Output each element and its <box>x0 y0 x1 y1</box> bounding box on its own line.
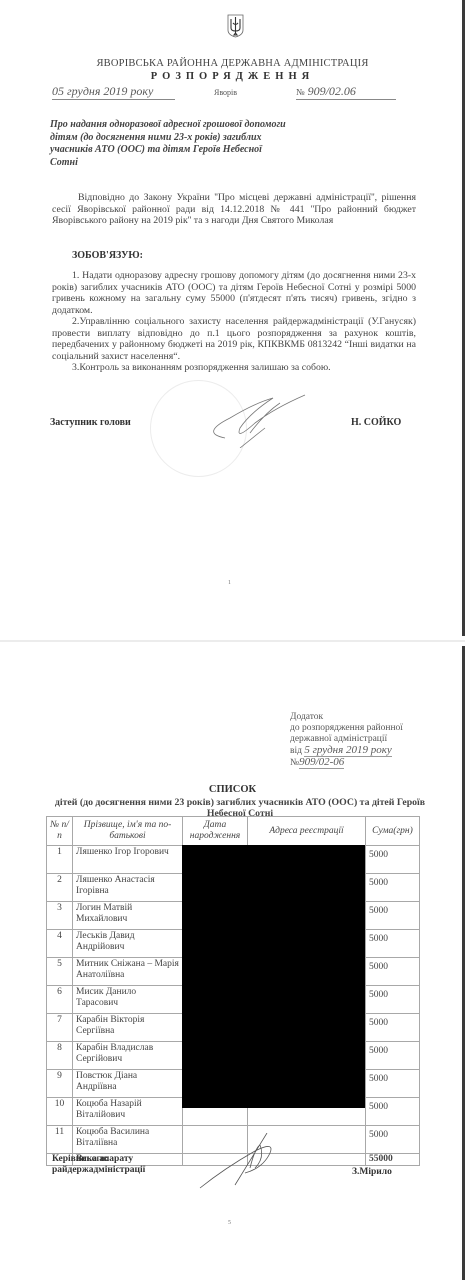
document-number: № 909/02.06 <box>296 84 396 100</box>
annex-line-1: Додаток <box>290 712 403 723</box>
total-sum: 55000 <box>366 1154 420 1166</box>
place: Яворів <box>214 88 237 97</box>
row-name: Коцюба Василина Віталіївна <box>73 1126 183 1154</box>
row-name: Леськів Давид Андрійович <box>73 930 183 958</box>
signer-role-2: Керівника апарату райдержадміністрації <box>52 1154 145 1176</box>
list-title: СПИСОК <box>0 784 465 795</box>
decree-item-2: 2.Управлінню соціального захисту населен… <box>52 316 416 362</box>
row-sum: 5000 <box>366 1014 420 1042</box>
row-sum: 5000 <box>366 958 420 986</box>
annex-handwritten-number: 909/02-06 <box>299 756 344 769</box>
row-sum: 5000 <box>366 874 420 902</box>
annex-number-prefix: № <box>290 758 299 768</box>
row-number: 3 <box>47 902 73 930</box>
decree-item-1: 1. Надати одноразову адресну грошову доп… <box>52 270 416 316</box>
row-sum: 5000 <box>366 986 420 1014</box>
row-number: 6 <box>47 986 73 1014</box>
row-name: Мисик Данило Тарасович <box>73 986 183 1014</box>
row-name: Ляшенко Ігор Ігорович <box>73 846 183 874</box>
signature-1 <box>195 393 315 448</box>
organization-name: ЯВОРІВСЬКА РАЙОННА ДЕРЖАВНА АДМІНІСТРАЦІ… <box>0 58 465 69</box>
row-number: 2 <box>47 874 73 902</box>
page-number-2: 5 <box>228 1220 231 1226</box>
header-number: № п/п <box>47 817 73 846</box>
row-name: Митник Сніжана – Марія Анатоліївна <box>73 958 183 986</box>
annex-line-2: до розпорядження районної <box>290 723 403 734</box>
signer-name: Н. СОЙКО <box>351 417 401 428</box>
header-sum: Сума(грн) <box>366 817 420 846</box>
document-subject: Про надання одноразової адресної грошово… <box>50 119 290 169</box>
annex-date-prefix: від <box>290 746 302 756</box>
row-number: 9 <box>47 1070 73 1098</box>
decree-item-3: 3.Контроль за виконанням розпорядження з… <box>52 362 416 374</box>
row-number: 8 <box>47 1042 73 1070</box>
header-name: Прізвище, ім'я та по-батькові <box>73 817 183 846</box>
header-address: Адреса реєстрації <box>248 817 366 846</box>
page-number: 1 <box>228 580 231 586</box>
row-sum: 5000 <box>366 846 420 874</box>
row-name: Карабін Вікторія Сергіївна <box>73 1014 183 1042</box>
decree-heading: ЗОБОВ'ЯЗУЮ: <box>72 250 143 261</box>
row-name: Коцюба Назарій Віталійович <box>73 1098 183 1126</box>
signer-name-2: З.Мірило <box>352 1167 392 1177</box>
annex-number: №909/02-06 <box>290 757 403 769</box>
signature-2 <box>195 1133 285 1193</box>
page-break <box>0 640 465 642</box>
legal-basis: Відповідно до Закону України ''Про місце… <box>52 192 416 227</box>
header-birthdate: Дата народження <box>183 817 248 846</box>
signer-role-line-1: Керівника апарату <box>52 1154 145 1165</box>
annex-block: Додаток до розпорядження районної держав… <box>290 712 403 769</box>
row-number: 1 <box>47 846 73 874</box>
row-number: 4 <box>47 930 73 958</box>
row-number: 11 <box>47 1126 73 1154</box>
trident-icon <box>227 14 244 38</box>
signer-role: Заступник голови <box>50 417 131 428</box>
handwritten-date: 05 грудня 2019 року <box>52 84 175 100</box>
table-header-row: № п/п Прізвище, ім'я та по-батькові Дата… <box>47 817 420 846</box>
row-number: 5 <box>47 958 73 986</box>
document-type: РОЗПОРЯДЖЕННЯ <box>0 71 465 82</box>
row-number: 10 <box>47 1098 73 1126</box>
row-name: Карабін Владислав Сергійович <box>73 1042 183 1070</box>
row-sum: 5000 <box>366 1070 420 1098</box>
number-prefix: № <box>296 87 305 97</box>
signer-role-line-2: райдержадміністрації <box>52 1165 145 1176</box>
row-sum: 5000 <box>366 930 420 958</box>
row-sum: 5000 <box>366 1042 420 1070</box>
row-sum: 5000 <box>366 902 420 930</box>
redaction-block <box>182 845 365 1108</box>
handwritten-number: 909/02.06 <box>308 84 356 98</box>
row-name: Повстюк Діана Андріївна <box>73 1070 183 1098</box>
row-number: 7 <box>47 1014 73 1042</box>
decree-items: 1. Надати одноразову адресну грошову доп… <box>52 270 416 374</box>
row-name: Ляшенко Анастасія Ігорівна <box>73 874 183 902</box>
row-name: Логин Матвій Михайлович <box>73 902 183 930</box>
row-sum: 5000 <box>366 1126 420 1154</box>
row-sum: 5000 <box>366 1098 420 1126</box>
